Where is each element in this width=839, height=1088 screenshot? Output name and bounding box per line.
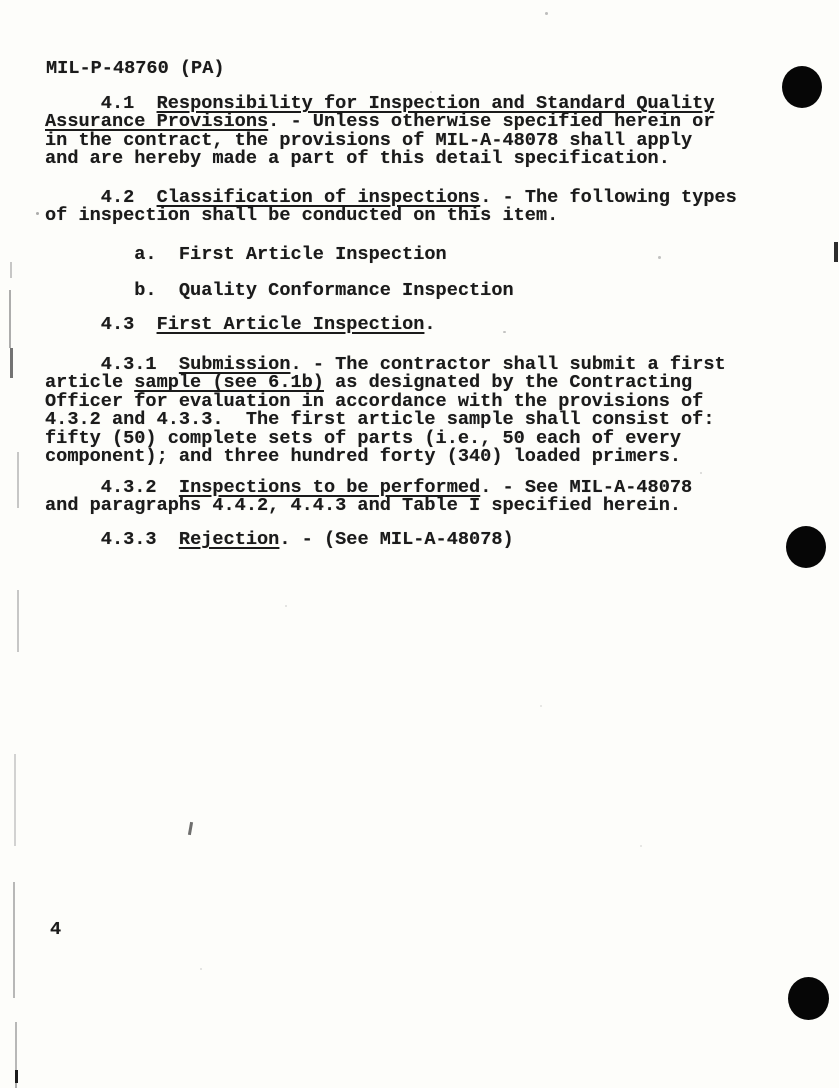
ink-dot: [786, 526, 826, 568]
text-segment: .: [424, 314, 435, 335]
edge-line: [15, 1083, 17, 1088]
text-segment: a. First Article Inspection: [45, 244, 447, 265]
text-line: of inspection shall be conducted on this…: [45, 207, 737, 225]
page-number: 4: [50, 921, 61, 939]
speck: [540, 705, 542, 707]
edge-line: [15, 1022, 17, 1072]
text-segment: 4.3: [45, 314, 157, 335]
speck: [545, 12, 548, 15]
text-line: 4.3 First Article Inspection.: [45, 316, 436, 334]
edge-tick: [834, 242, 838, 262]
underlined-text: First Article Inspection: [157, 314, 425, 335]
text-segment: and are hereby made a part of this detai…: [45, 148, 670, 169]
para-4-1: 4.1 Responsibility for Inspection and St…: [45, 95, 715, 169]
stray-mark: [188, 822, 193, 835]
speck: [700, 472, 702, 474]
speck: [658, 256, 661, 259]
text-segment: and paragraphs 4.4.2, 4.4.3 and Table I …: [45, 495, 681, 516]
text-segment: b. Quality Conformance Inspection: [45, 280, 514, 301]
speck: [430, 91, 432, 93]
edge-line: [17, 590, 19, 652]
text-segment: component); and three hundred forty (340…: [45, 446, 681, 467]
text-line: component); and three hundred forty (340…: [45, 448, 726, 466]
speck: [640, 845, 642, 847]
speck: [200, 968, 202, 970]
document-id-header: MIL-P-48760 (PA): [46, 60, 225, 78]
edge-line: [17, 452, 19, 508]
text-segment: 4.3.3: [45, 529, 179, 550]
para-4-3-2: 4.3.2 Inspections to be performed. - See…: [45, 479, 692, 516]
text-line: 4: [50, 921, 61, 939]
text-line: and paragraphs 4.4.2, 4.4.3 and Table I …: [45, 497, 692, 515]
text-line: a. First Article Inspection: [45, 246, 447, 264]
underlined-text: Rejection: [179, 529, 279, 550]
edge-line: [9, 290, 11, 348]
scanned-document-page: MIL-P-48760 (PA) 4.1 Responsibility for …: [0, 0, 839, 1088]
text-line: MIL-P-48760 (PA): [46, 60, 225, 78]
text-segment: 4: [50, 919, 61, 940]
text-line: 4.3.3 Rejection. - (See MIL-A-48078): [45, 531, 514, 549]
para-4-3-3: 4.3.3 Rejection. - (See MIL-A-48078): [45, 531, 514, 549]
text-line: b. Quality Conformance Inspection: [45, 282, 514, 300]
edge-line: [13, 882, 15, 998]
ink-dot: [788, 977, 829, 1020]
speck: [285, 605, 287, 607]
text-segment: of inspection shall be conducted on this…: [45, 205, 558, 226]
edge-line: [14, 754, 16, 846]
list-item-b: b. Quality Conformance Inspection: [45, 282, 514, 300]
text-line: and are hereby made a part of this detai…: [45, 150, 715, 168]
edge-line: [10, 348, 13, 378]
speck: [503, 331, 506, 333]
para-4-3-1: 4.3.1 Submission. - The contractor shall…: [45, 356, 726, 466]
speck: [36, 212, 39, 215]
text-segment: . - (See MIL-A-48078): [279, 529, 513, 550]
para-4-2: 4.2 Classification of inspections. - The…: [45, 189, 737, 226]
text-segment: MIL-P-48760 (PA): [46, 58, 225, 79]
edge-line: [15, 1070, 18, 1083]
ink-dot: [782, 66, 822, 108]
edge-line: [10, 262, 12, 278]
list-item-a: a. First Article Inspection: [45, 246, 447, 264]
para-4-3: 4.3 First Article Inspection.: [45, 316, 436, 334]
